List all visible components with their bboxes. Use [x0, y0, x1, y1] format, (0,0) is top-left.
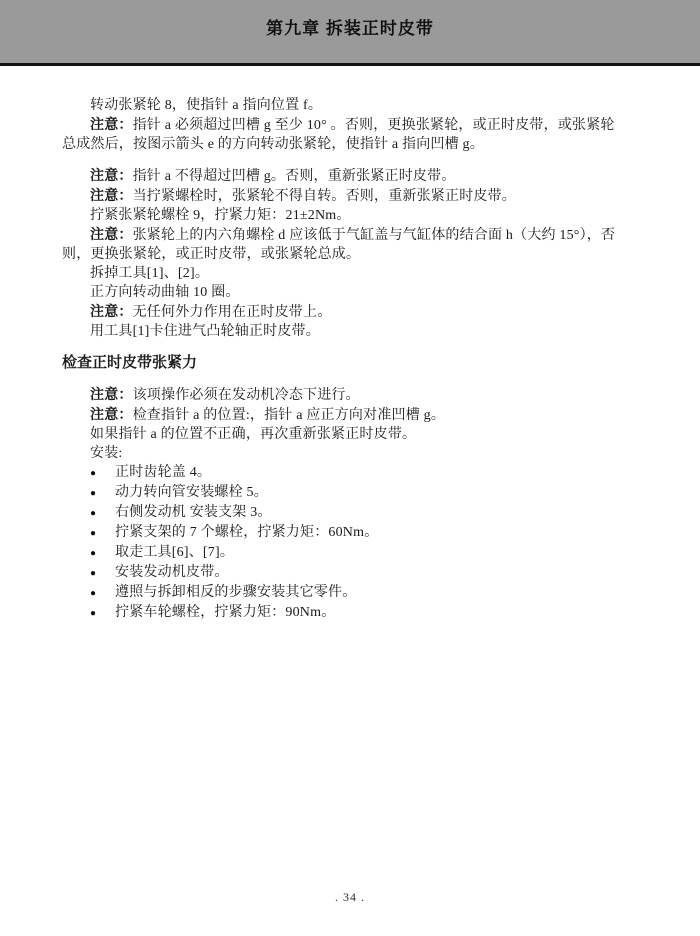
text-line: 则，更换张紧轮，或正时皮带，或张紧轮总成。: [62, 245, 642, 264]
text-line: 注意：指针 a 必须超过凹槽 g 至少 10° 。否则，更换张紧轮，或正时皮带，…: [62, 115, 642, 135]
text-line: 拧紧张紧轮螺栓 9，拧紧力矩：21±2Nm。: [62, 206, 642, 225]
bullet-icon: ●: [90, 524, 115, 543]
text-line: 如果指针 a 的位置不正确，再次重新张紧正时皮带。: [62, 425, 642, 444]
text-line: 注意：该项操作必须在发动机冷态下进行。: [62, 385, 642, 405]
page-body: 转动张紧轮 8，使指针 a 指向位置 f。注意：指针 a 必须超过凹槽 g 至少…: [0, 66, 700, 623]
bullet-icon: ●: [90, 484, 115, 503]
bullet-icon: ●: [90, 544, 115, 563]
section-heading-check-tension: 检查正时皮带张紧力: [62, 353, 642, 373]
blank-line: [62, 154, 642, 166]
bullet-icon: ●: [90, 464, 115, 483]
list-item: ●拧紧车轮螺栓，拧紧力矩：90Nm。: [62, 603, 642, 623]
text-line: 拆掉工具[1]、[2]。: [62, 264, 642, 283]
notice-label: 注意：: [90, 226, 133, 242]
notice-label: 注意：: [90, 187, 133, 203]
text-line: 正方向转动曲轴 10 圈。: [62, 283, 642, 302]
list-item: ●取走工具[6]、[7]。: [62, 543, 642, 563]
list-item: ●正时齿轮盖 4。: [62, 463, 642, 483]
list-item: ●遵照与拆卸相反的步骤安装其它零件。: [62, 583, 642, 603]
text-line: 注意：指针 a 不得超过凹槽 g。否则，重新张紧正时皮带。: [62, 166, 642, 186]
text-line: 注意：张紧轮上的内六角螺栓 d 应该低于气缸盖与气缸体的结合面 h（大约 15°…: [62, 225, 642, 245]
bullet-icon: ●: [90, 604, 115, 623]
notice-label: 注意：: [90, 167, 133, 183]
list-item: ●拧紧支架的 7 个螺栓，拧紧力矩：60Nm。: [62, 523, 642, 543]
section-timing-belt-procedure: 转动张紧轮 8，使指针 a 指向位置 f。注意：指针 a 必须超过凹槽 g 至少…: [62, 96, 642, 341]
text-line: 转动张紧轮 8，使指针 a 指向位置 f。: [62, 96, 642, 115]
list-item: ●右侧发动机 安装支架 3。: [62, 503, 642, 523]
bullet-icon: ●: [90, 584, 115, 603]
bullet-icon: ●: [90, 504, 115, 523]
text-line: 安装:: [62, 444, 642, 463]
bullet-icon: ●: [90, 564, 115, 583]
notice-label: 注意：: [90, 406, 133, 422]
notice-label: 注意：: [90, 386, 133, 402]
text-line: 注意：无任何外力作用在正时皮带上。: [62, 302, 642, 322]
section-check-tension: 注意：该项操作必须在发动机冷态下进行。注意：检查指针 a 的位置:，指针 a 应…: [62, 385, 642, 623]
page-footer: . 34 .: [0, 888, 700, 906]
text-line: 注意：当拧紧螺栓时，张紧轮不得自转。否则，重新张紧正时皮带。: [62, 186, 642, 206]
notice-label: 注意：: [90, 303, 133, 319]
notice-label: 注意：: [90, 116, 133, 132]
list-item: ●安装发动机皮带。: [62, 563, 642, 583]
chapter-header-band: 第九章 拆装正时皮带: [0, 0, 700, 66]
chapter-title: 第九章 拆装正时皮带: [266, 14, 434, 39]
list-item: ●动力转向管安装螺栓 5。: [62, 483, 642, 503]
text-line: 注意：检查指针 a 的位置:，指针 a 应正方向对准凹槽 g。: [62, 405, 642, 425]
manual-page: 第九章 拆装正时皮带 转动张紧轮 8，使指针 a 指向位置 f。注意：指针 a …: [0, 0, 700, 936]
text-line: 总成然后，按图示箭头 e 的方向转动张紧轮，使指针 a 指向凹槽 g。: [62, 135, 642, 154]
text-line: 用工具[1]卡住进气凸轮轴正时皮带。: [62, 322, 642, 341]
page-number: . 34 .: [335, 890, 365, 904]
